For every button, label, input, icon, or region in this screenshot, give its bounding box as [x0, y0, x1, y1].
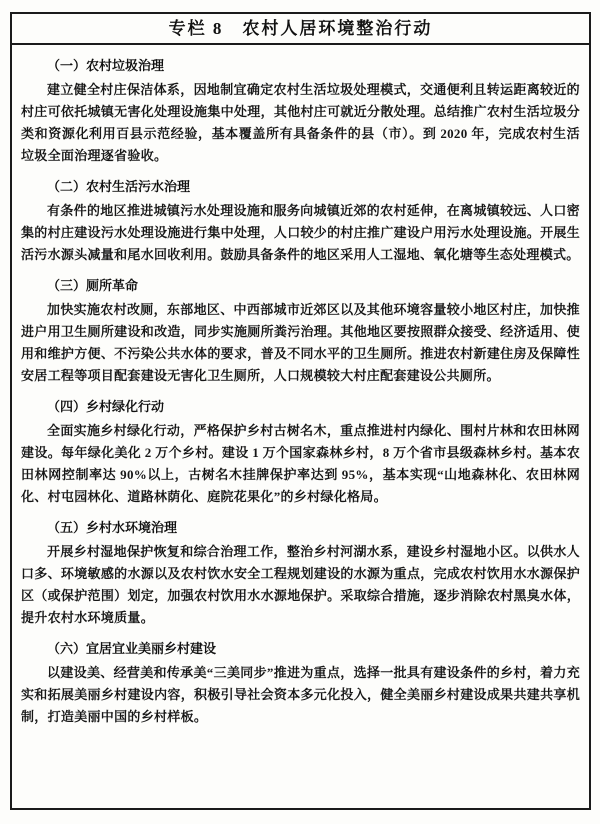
section-paragraph: 有条件的地区推进城镇污水处理设施和服务向城镇近郊的农村延伸，在离城镇较远、人口密… — [21, 200, 580, 266]
section-heading: （四）乡村绿化行动 — [21, 396, 580, 417]
section-paragraph: 以建设美、经营美和传承美“三美同步”推进为重点，选择一批具有建设条件的乡村，着力… — [21, 662, 580, 728]
section-heading: （二）农村生活污水治理 — [21, 176, 580, 197]
column-panel: 专栏 8 农村人居环境整治行动 （一）农村垃圾治理 建立健全村庄保洁体系，因地制… — [10, 12, 591, 810]
panel-title: 专栏 8 农村人居环境整治行动 — [12, 14, 589, 45]
section-paragraph: 开展乡村湿地保护恢复和综合治理工作，整治乡村河湖水系，建设乡村湿地小区。以供水人… — [21, 541, 580, 629]
section-water-environment: （五）乡村水环境治理 开展乡村湿地保护恢复和综合治理工作，整治乡村河湖水系，建设… — [21, 517, 580, 629]
section-village-greening: （四）乡村绿化行动 全面实施乡村绿化行动，严格保护乡村古树名木，重点推进村内绿化… — [21, 396, 580, 508]
section-heading: （三）厕所革命 — [21, 275, 580, 296]
section-toilet-revolution: （三）厕所革命 加快实施农村改厕，东部地区、中西部城市近郊区以及其他环境容量较小… — [21, 275, 580, 387]
section-rural-sewage: （二）农村生活污水治理 有条件的地区推进城镇污水处理设施和服务向城镇近郊的农村延… — [21, 176, 580, 266]
section-rural-garbage: （一）农村垃圾治理 建立健全村庄保洁体系，因地制宜确定农村生活垃圾处理模式，交通… — [21, 55, 580, 167]
section-paragraph: 加快实施农村改厕，东部地区、中西部城市近郊区以及其他环境容量较小地区村庄，加快推… — [21, 299, 580, 387]
section-heading: （六）宜居宜业美丽乡村建设 — [21, 638, 580, 659]
section-heading: （五）乡村水环境治理 — [21, 517, 580, 538]
section-paragraph: 全面实施乡村绿化行动，严格保护乡村古树名木，重点推进村内绿化、围村片林和农田林网… — [21, 420, 580, 508]
document-page: 专栏 8 农村人居环境整治行动 （一）农村垃圾治理 建立健全村庄保洁体系，因地制… — [0, 0, 600, 824]
section-beautiful-village: （六）宜居宜业美丽乡村建设 以建设美、经营美和传承美“三美同步”推进为重点，选择… — [21, 638, 580, 728]
section-heading: （一）农村垃圾治理 — [21, 55, 580, 76]
panel-body: （一）农村垃圾治理 建立健全村庄保洁体系，因地制宜确定农村生活垃圾处理模式，交通… — [12, 45, 589, 728]
section-paragraph: 建立健全村庄保洁体系，因地制宜确定农村生活垃圾处理模式，交通便利且转运距离较近的… — [21, 79, 580, 167]
